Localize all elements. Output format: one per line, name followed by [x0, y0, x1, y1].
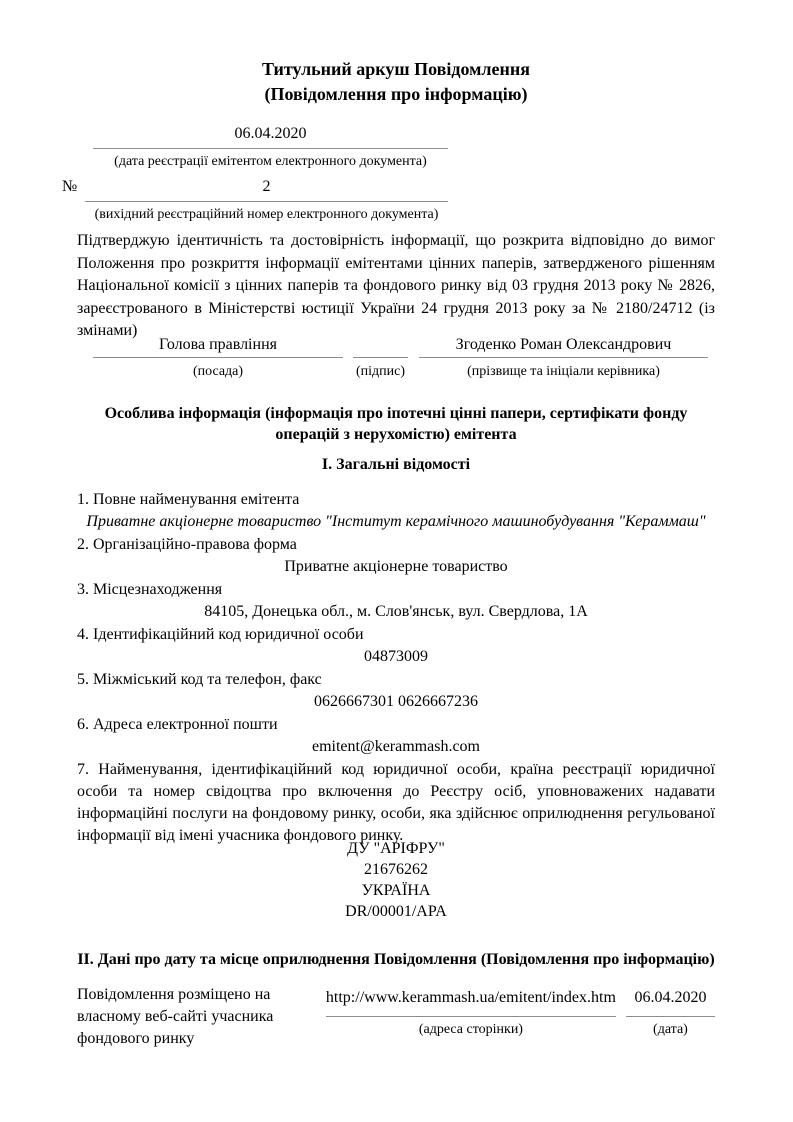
registration-number-caption: (вихідний реєстраційний номер електронно…	[85, 202, 448, 223]
publication-row: Повідомлення розміщено на власному веб-с…	[77, 984, 715, 1050]
item-value: 04873009	[77, 646, 715, 669]
general-info-list: 1. Повне найменування емітента Приватне …	[77, 489, 715, 759]
signature-block: Голова правління (посада) (підпис) Згоде…	[93, 336, 715, 380]
signature-position-column: Голова правління (посада)	[93, 336, 343, 380]
number-sign-label: №	[62, 177, 77, 196]
special-info-heading: Особлива інформація (інформація про іпот…	[77, 403, 715, 445]
list-item: 1. Повне найменування емітента Приватне …	[77, 489, 715, 534]
document-title-line1: Титульний аркуш Повідомлення	[262, 59, 530, 79]
list-item: 4. Ідентифікаційний код юридичної особи …	[77, 624, 715, 669]
registration-date-caption: (дата реєстрації емітентом електронного …	[93, 149, 448, 170]
disclosure-agency-code: 21676262	[77, 859, 715, 880]
signature-position-caption: (посада)	[93, 358, 343, 380]
item-label: 1. Повне найменування емітента	[77, 489, 715, 512]
item-value: 84105, Донецька обл., м. Слов'янськ, вул…	[77, 601, 715, 624]
disclosure-agency-country: УКРАЇНА	[77, 880, 715, 901]
signature-name-column: Згоденко Роман Олександрович (прізвище т…	[419, 336, 708, 380]
registration-number-field: 2 (вихідний реєстраційний номер електрон…	[85, 177, 448, 223]
document-page: Титульний аркуш Повідомлення (Повідомлен…	[0, 0, 793, 1122]
item-label: 6. Адреса електронної пошти	[77, 714, 715, 737]
item-value: Приватне акціонерне товариство	[77, 556, 715, 579]
item7-label: 7. Найменування, ідентифікаційний код юр…	[77, 759, 715, 847]
publication-date-field: 06.04.2020 (дата)	[626, 989, 715, 1038]
list-item: 2. Організаційно-правова форма Приватне …	[77, 534, 715, 579]
publication-date-value: 06.04.2020	[626, 989, 715, 1017]
item-value: Приватне акціонерне товариство "Інститут…	[77, 511, 715, 534]
item-label: 5. Міжміський код та телефон, факс	[77, 669, 715, 692]
signature-name-value: Згоденко Роман Олександрович	[419, 336, 708, 358]
signature-sign-caption: (підпис)	[353, 358, 408, 380]
item-value: emitent@kerammash.com	[77, 736, 715, 759]
item-label: 2. Організаційно-правова форма	[77, 534, 715, 557]
publication-heading: ІІ. Дані про дату та місце оприлюднення …	[57, 949, 735, 970]
document-title: Титульний аркуш Повідомлення (Повідомлен…	[77, 57, 715, 107]
general-info-heading: І. Загальні відомості	[77, 454, 715, 475]
signature-sign-line	[353, 336, 408, 358]
publication-url-value: http://www.kerammash.ua/emitent/index.ht…	[326, 989, 616, 1017]
list-item: 5. Міжміський код та телефон, факс 06266…	[77, 669, 715, 714]
disclosure-agency-certificate: DR/00001/APA	[77, 901, 715, 922]
registration-number-row: № 2 (вихідний реєстраційний номер електр…	[77, 177, 715, 223]
registration-date-value: 06.04.2020	[93, 124, 448, 149]
item-value: 0626667301 0626667236	[77, 691, 715, 714]
item-label: 3. Місцезнаходження	[77, 579, 715, 602]
publication-url-field: http://www.kerammash.ua/emitent/index.ht…	[326, 989, 616, 1038]
publication-date-caption: (дата)	[626, 1017, 715, 1038]
publication-url-caption: (адреса сторінки)	[326, 1017, 616, 1038]
item7-values: ДУ "АРІФРУ" 21676262 УКРАЇНА DR/00001/AP…	[77, 838, 715, 922]
registration-number-value: 2	[85, 177, 448, 202]
publication-row-label: Повідомлення розміщено на власному веб-с…	[77, 984, 314, 1050]
confirmation-paragraph: Підтверджую ідентичність та достовірніст…	[77, 230, 715, 343]
registration-date-field: 06.04.2020 (дата реєстрації емітентом ел…	[93, 124, 448, 170]
registration-block: 06.04.2020 (дата реєстрації емітентом ел…	[77, 124, 715, 223]
list-item: 6. Адреса електронної пошти emitent@kera…	[77, 714, 715, 759]
signature-name-caption: (прізвище та ініціали керівника)	[419, 358, 708, 380]
signature-position-value: Голова правління	[93, 336, 343, 358]
item-label: 4. Ідентифікаційний код юридичної особи	[77, 624, 715, 647]
document-title-line2: (Повідомлення про інформацію)	[264, 84, 527, 104]
list-item: 3. Місцезнаходження 84105, Донецька обл.…	[77, 579, 715, 624]
signature-sign-column: (підпис)	[353, 336, 408, 380]
